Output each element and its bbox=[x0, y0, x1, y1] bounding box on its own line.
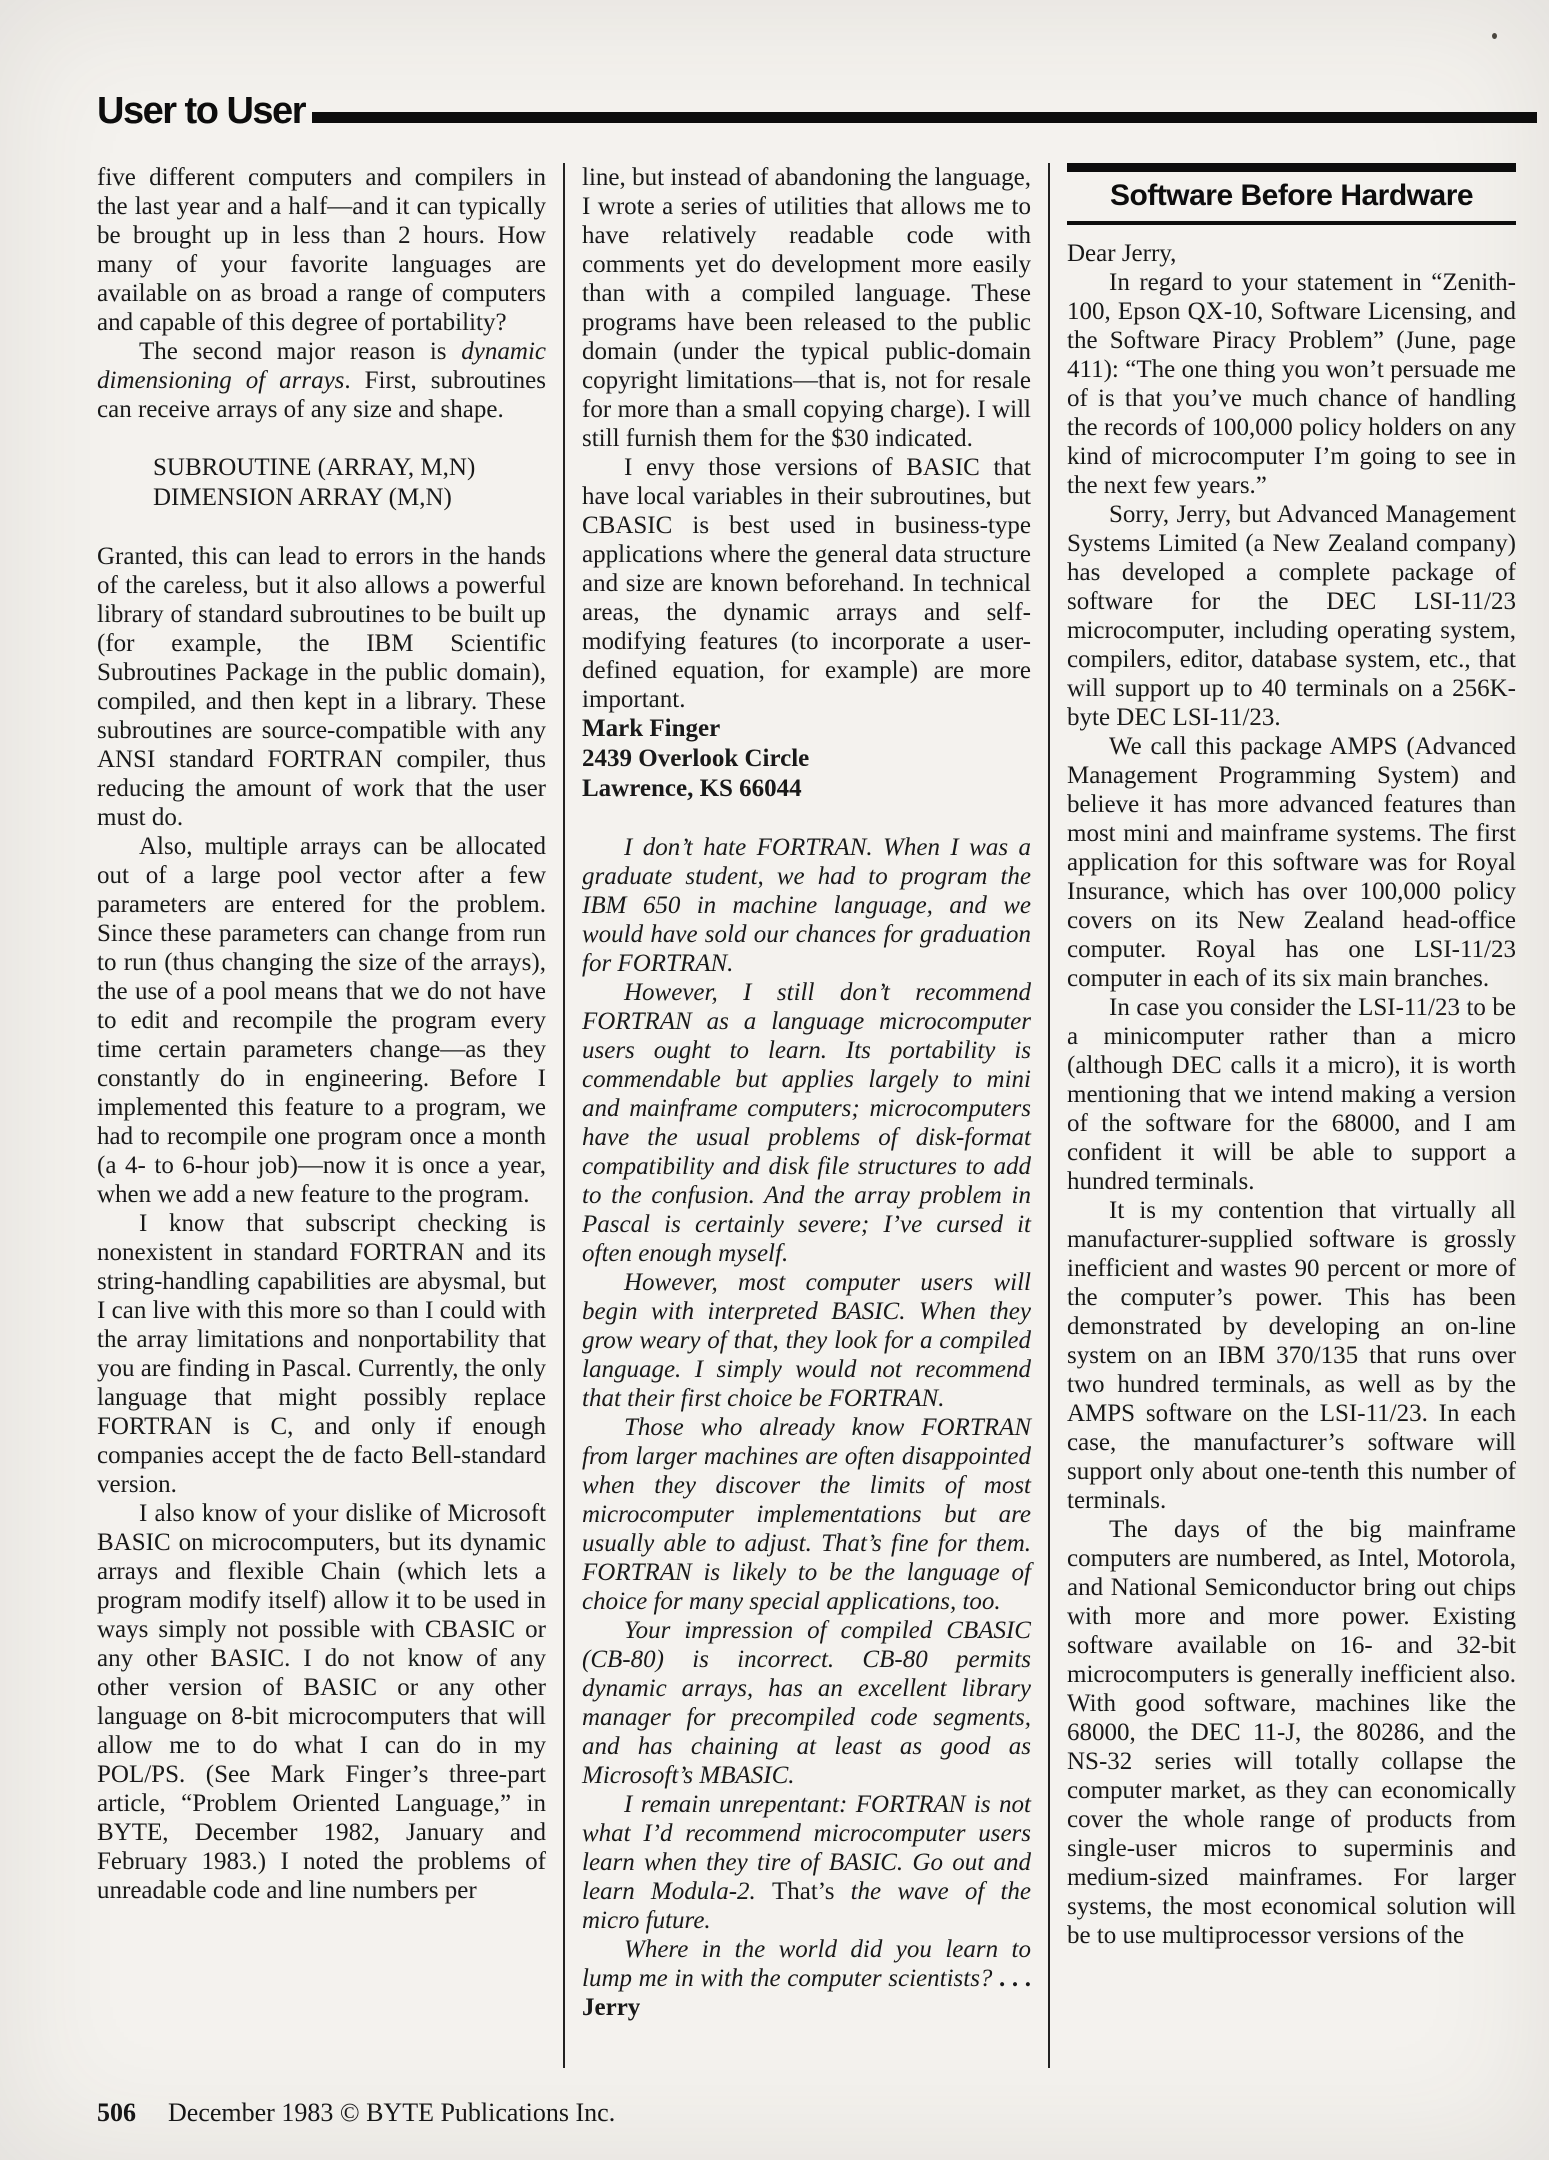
column-divider bbox=[1048, 163, 1050, 2068]
paragraph: Your impression of compiled CBASIC (CB-8… bbox=[582, 1616, 1031, 1790]
text-run: Granted, this can lead to errors in the … bbox=[97, 543, 546, 831]
paragraph: However, I still don’t recommend FORTRAN… bbox=[582, 978, 1031, 1268]
text-run: Those who already know FORTRAN from larg… bbox=[582, 1414, 1031, 1615]
article-heading-box: Software Before Hardware bbox=[1067, 163, 1516, 225]
text-run: I don’t hate FORTRAN. When I was a gradu… bbox=[582, 834, 1031, 977]
text-columns: five different computers and compilers i… bbox=[97, 163, 1516, 2070]
paragraph: line, but instead of abandoning the lang… bbox=[582, 163, 1031, 453]
text-run: five different computers and compilers i… bbox=[97, 164, 546, 336]
paragraph: Dear Jerry, bbox=[1067, 239, 1516, 268]
paragraph: The days of the big mainframe computers … bbox=[1067, 1515, 1516, 1950]
text-run: I envy those versions of BASIC that have… bbox=[582, 454, 1031, 713]
text-run: Also, multiple arrays can be allocated o… bbox=[97, 833, 546, 1208]
text-run: I also know of your dislike of Microsoft… bbox=[97, 1500, 546, 1904]
section-header: User to User bbox=[97, 92, 1537, 130]
paragraph: Granted, this can lead to errors in the … bbox=[97, 542, 546, 832]
paragraph: I remain unrepentant: FORTRAN is not wha… bbox=[582, 1790, 1031, 1935]
letter-signature: Mark Finger2439 Overlook CircleLawrence,… bbox=[582, 714, 1031, 804]
column-3: Software Before HardwareDear Jerry,In re… bbox=[1067, 163, 1516, 2070]
text-run: I know that subscript checking is nonexi… bbox=[97, 1210, 546, 1498]
text-run: line, but instead of abandoning the lang… bbox=[582, 164, 1031, 452]
text-run: However, I still don’t recommend FORTRAN… bbox=[582, 979, 1031, 1267]
section-title: User to User bbox=[97, 92, 305, 130]
article-heading: Software Before Hardware bbox=[1067, 179, 1516, 213]
paragraph: In regard to your statement in “Zenith-1… bbox=[1067, 268, 1516, 500]
text-run: The days of the big mainframe computers … bbox=[1067, 1516, 1516, 1949]
paragraph: Also, multiple arrays can be allocated o… bbox=[97, 832, 546, 1209]
paragraph: In case you consider the LSI-11/23 to be… bbox=[1067, 993, 1516, 1196]
imprint-text: December 1983 © BYTE Publications Inc. bbox=[168, 2098, 615, 2127]
page-number: 506 bbox=[97, 2098, 136, 2127]
column-1: five different computers and compilers i… bbox=[97, 163, 546, 2070]
code-listing: SUBROUTINE (ARRAY, M,N)DIMENSION ARRAY (… bbox=[153, 453, 546, 513]
text-run: In regard to your statement in “Zenith-1… bbox=[1067, 269, 1516, 499]
paragraph: I know that subscript checking is nonexi… bbox=[97, 1209, 546, 1499]
paragraph: We call this package AMPS (Advanced Mana… bbox=[1067, 732, 1516, 993]
signature-line: Lawrence, KS 66044 bbox=[582, 774, 1031, 804]
paragraph: Sorry, Jerry, but Advanced Management Sy… bbox=[1067, 500, 1516, 732]
paragraph: It is my contention that virtually all m… bbox=[1067, 1196, 1516, 1515]
paragraph: I don’t hate FORTRAN. When I was a gradu… bbox=[582, 833, 1031, 978]
column-2: line, but instead of abandoning the lang… bbox=[582, 163, 1031, 2070]
paragraph: five different computers and compilers i… bbox=[97, 163, 546, 337]
paragraph: I also know of your dislike of Microsoft… bbox=[97, 1499, 546, 1905]
column-divider bbox=[563, 163, 565, 2068]
page-footer: 506December 1983 © BYTE Publications Inc… bbox=[97, 2098, 615, 2128]
text-run: Where in the world did you learn to lump… bbox=[582, 1936, 1031, 1992]
text-run: Dear Jerry, bbox=[1067, 240, 1176, 267]
header-rule bbox=[312, 112, 1537, 123]
text-run: Your impression of compiled CBASIC (CB-8… bbox=[582, 1617, 1031, 1789]
signature-line: 2439 Overlook Circle bbox=[582, 744, 1031, 774]
text-run: The second major reason is bbox=[139, 338, 461, 365]
signature-line: Mark Finger bbox=[582, 714, 1031, 744]
text-run: We call this package AMPS (Advanced Mana… bbox=[1067, 733, 1516, 992]
text-run: Sorry, Jerry, but Advanced Management Sy… bbox=[1067, 501, 1516, 731]
paragraph: I envy those versions of BASIC that have… bbox=[582, 453, 1031, 714]
magazine-page: User to User five different computers an… bbox=[0, 0, 1549, 2160]
text-run: However, most computer users will begin … bbox=[582, 1269, 1031, 1412]
paragraph: Where in the world did you learn to lump… bbox=[582, 1935, 1031, 2022]
paragraph: Those who already know FORTRAN from larg… bbox=[582, 1413, 1031, 1616]
paragraph: However, most computer users will begin … bbox=[582, 1268, 1031, 1413]
paragraph: The second major reason is dynamic dimen… bbox=[97, 337, 546, 424]
code-line: DIMENSION ARRAY (M,N) bbox=[153, 483, 546, 513]
text-run: In case you consider the LSI-11/23 to be… bbox=[1067, 994, 1516, 1195]
scan-speck bbox=[1492, 33, 1497, 39]
code-line: SUBROUTINE (ARRAY, M,N) bbox=[153, 453, 546, 483]
text-run: It is my contention that virtually all m… bbox=[1067, 1197, 1516, 1514]
text-run: That’s bbox=[772, 1878, 851, 1905]
